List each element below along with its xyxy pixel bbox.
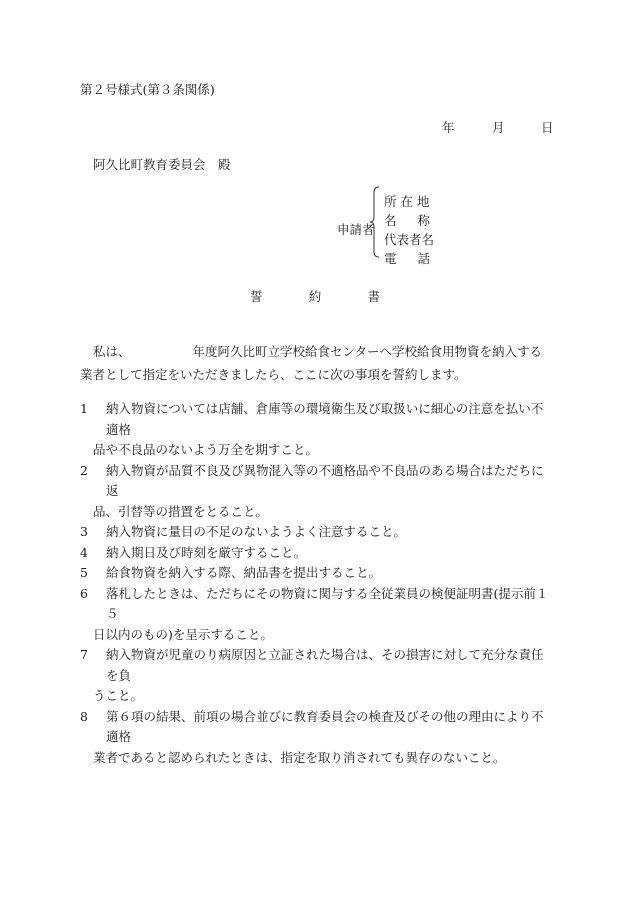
list-item: 5給食物資を納入する際、納品書を提出すること。 xyxy=(80,563,550,584)
addressee: 阿久比町教育委員会 殿 xyxy=(93,155,231,173)
form-number: 第２号様式(第３条関係) xyxy=(80,80,215,98)
list-item: 7納入物資が児童のり病原因と立証された場合は、その損害に対して充分な責任を負 う… xyxy=(80,645,550,707)
list-item: 1納入物資については店舗、倉庫等の環境衛生及び取扱いに細心の注意を払い不適格 品… xyxy=(80,399,550,461)
intro-paragraph: 私は、年度阿久比町立学校給食センターへ学校給食用物資を納入する業者として指定をい… xyxy=(80,340,550,386)
date-year: 年 xyxy=(442,118,455,136)
pledge-list: 1納入物資については店舗、倉庫等の環境衛生及び取扱いに細心の注意を払い不適格 品… xyxy=(80,399,550,768)
field-name: 名称 xyxy=(384,211,430,230)
document-title: 誓 約 書 xyxy=(250,287,380,305)
list-item: 6落札したときは、ただちにその物資に関与する全従業員の検便証明書(提示前１５ 日… xyxy=(80,584,550,646)
list-item: 3納入物資に量目の不足のないようよく注意すること。 xyxy=(80,522,550,543)
field-address: 所 在 地 xyxy=(384,192,430,211)
list-item: 8第６項の結果、前項の場合並びに教育委員会の検査及びその他の理由により不適格 業… xyxy=(80,707,550,769)
list-item: 2納入物資が品質不良及び異物混入等の不適格品や不良品のある場合はただちに返 品、… xyxy=(80,461,550,523)
date-day: 日 xyxy=(541,118,554,136)
applicant-fields: 所 在 地 名称 代表者名 電話 xyxy=(384,192,430,268)
field-representative: 代表者名 xyxy=(384,230,430,249)
applicant-label: 申請者 xyxy=(337,220,375,238)
field-phone: 電話 xyxy=(384,249,430,268)
date-month: 月 xyxy=(492,118,505,136)
brace-icon xyxy=(370,186,380,258)
list-item: 4納入期日及び時刻を厳守すること。 xyxy=(80,543,550,564)
